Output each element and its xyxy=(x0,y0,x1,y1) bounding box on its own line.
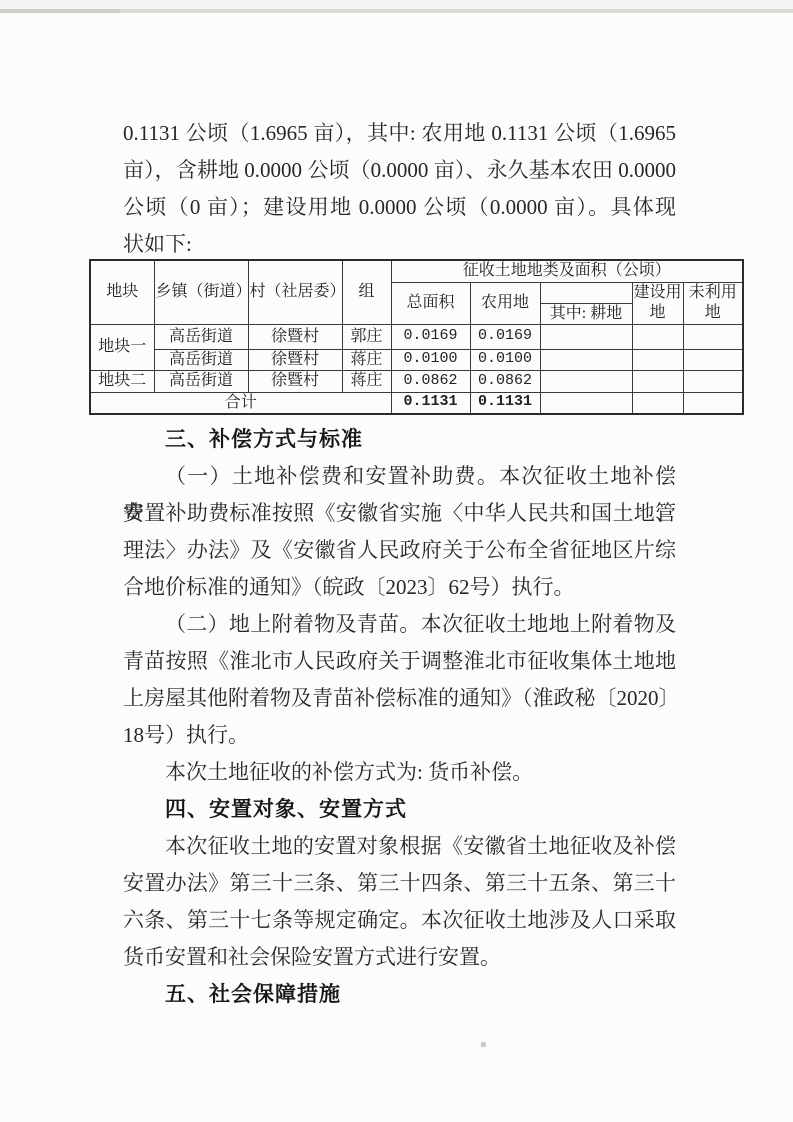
cell-cultivated-sum xyxy=(540,392,632,414)
scan-edge-line xyxy=(0,9,793,13)
th-cultivated: 其中: 耕地 xyxy=(540,303,632,324)
th-township: 乡镇（街道） xyxy=(154,260,248,324)
paragraph-line: 合地价标准的通知》（皖政〔2023〕62号）执行。 xyxy=(123,569,676,606)
th-unused: 未利用地 xyxy=(683,282,743,324)
paragraph-line: 上房屋其他附着物及青苗补偿标准的通知》（淮政秘〔2020〕 xyxy=(123,680,676,717)
paragraph-line: 本次土地征收的补偿方式为: 货币补偿。 xyxy=(123,754,676,791)
cell-township: 高岳街道 xyxy=(154,324,248,349)
cell-agricultural: 0.0169 xyxy=(470,324,540,349)
scan-edge-area xyxy=(0,0,793,9)
paragraph-line: 六条、第三十七条等规定确定。本次征收土地涉及人口采取 xyxy=(123,902,676,939)
cell-agricultural-sum: 0.1131 xyxy=(470,392,540,414)
cell-group: 郭庄 xyxy=(342,324,391,349)
cell-plot: 地块一 xyxy=(90,324,154,370)
th-area-group-title: 征收土地地类及面积（公顷） xyxy=(391,260,743,282)
paragraph-line: 安置办法》第三十三条、第三十四条、第三十五条、第三十 xyxy=(123,865,676,902)
paragraph-line: 公顷（0 亩）；建设用地 0.0000 公顷（0.0000 亩）。具体现 xyxy=(123,189,676,226)
document-body: 三、补偿方式与标准 （一）土地补偿费和安置补助费。本次征收土地补偿费、 安置补助… xyxy=(123,421,676,1013)
paragraph-line: （一）土地补偿费和安置补助费。本次征收土地补偿费、 xyxy=(123,458,676,495)
cell-village: 徐暨村 xyxy=(248,324,342,349)
cell-village: 徐暨村 xyxy=(248,349,342,370)
paragraph-line: 货币安置和社会保险安置方式进行安置。 xyxy=(123,939,676,976)
cell-township: 高岳街道 xyxy=(154,349,248,370)
cell-total-area: 0.0862 xyxy=(391,370,470,392)
cell-unused xyxy=(683,370,743,392)
cell-construction xyxy=(632,324,683,349)
cell-unused xyxy=(683,324,743,349)
paragraph-line: （二）地上附着物及青苗。本次征收土地地上附着物及 xyxy=(123,606,676,643)
section-heading-5: 五、社会保障措施 xyxy=(123,976,676,1013)
cell-total-label: 合计 xyxy=(90,392,391,414)
paragraph-line: 状如下: xyxy=(123,226,676,263)
cell-total-sum: 0.1131 xyxy=(391,392,470,414)
cell-cultivated xyxy=(540,349,632,370)
cell-cultivated xyxy=(540,370,632,392)
paragraph-line: 理法〉办法》及《安徽省人民政府关于公布全省征地区片综 xyxy=(123,532,676,569)
paragraph-line: 0.1131 公顷（1.6965 亩），其中: 农用地 0.1131 公顷（1.… xyxy=(123,115,676,152)
cell-township: 高岳街道 xyxy=(154,370,248,392)
cell-group: 蒋庄 xyxy=(342,370,391,392)
th-total-area: 总面积 xyxy=(391,282,470,324)
paragraph-line: 亩），含耕地 0.0000 公顷（0.0000 亩）、永久基本农田 0.0000 xyxy=(123,152,676,189)
paragraph-line: 本次征收土地的安置对象根据《安徽省土地征收及补偿 xyxy=(123,828,676,865)
cell-village: 徐暨村 xyxy=(248,370,342,392)
cell-unused-sum xyxy=(683,392,743,414)
intro-paragraph: 0.1131 公顷（1.6965 亩），其中: 农用地 0.1131 公顷（1.… xyxy=(123,115,676,263)
scanned-document-page: 0.1131 公顷（1.6965 亩），其中: 农用地 0.1131 公顷（1.… xyxy=(0,0,793,1122)
cell-construction-sum xyxy=(632,392,683,414)
section-heading-3: 三、补偿方式与标准 xyxy=(123,421,676,458)
th-agricultural: 农用地 xyxy=(470,282,540,324)
paragraph-line: 安置补助费标准按照《安徽省实施〈中华人民共和国土地管 xyxy=(123,495,676,532)
paragraph-line: 青苗按照《淮北市人民政府关于调整淮北市征收集体土地地 xyxy=(123,643,676,680)
th-construction: 建设用地 xyxy=(632,282,683,324)
cell-agricultural: 0.0862 xyxy=(470,370,540,392)
section-heading-4: 四、安置对象、安置方式 xyxy=(123,791,676,828)
cell-unused xyxy=(683,349,743,370)
th-cultivated-spacer xyxy=(540,282,632,303)
cell-agricultural: 0.0100 xyxy=(470,349,540,370)
th-group: 组 xyxy=(342,260,391,324)
cell-total-area: 0.0100 xyxy=(391,349,470,370)
th-village: 村（社居委） xyxy=(248,260,342,324)
paragraph-line: 18号）执行。 xyxy=(123,717,676,754)
cell-total-area: 0.0169 xyxy=(391,324,470,349)
scan-dust-speck xyxy=(481,1042,486,1047)
cell-plot: 地块二 xyxy=(90,370,154,392)
cell-group: 蒋庄 xyxy=(342,349,391,370)
cell-construction xyxy=(632,349,683,370)
land-area-table: 地块 乡镇（街道） 村（社居委） 组 征收土地地类及面积（公顷） 总面积 农用地… xyxy=(89,259,744,415)
cell-cultivated xyxy=(540,324,632,349)
cell-construction xyxy=(632,370,683,392)
th-plot: 地块 xyxy=(90,260,154,324)
